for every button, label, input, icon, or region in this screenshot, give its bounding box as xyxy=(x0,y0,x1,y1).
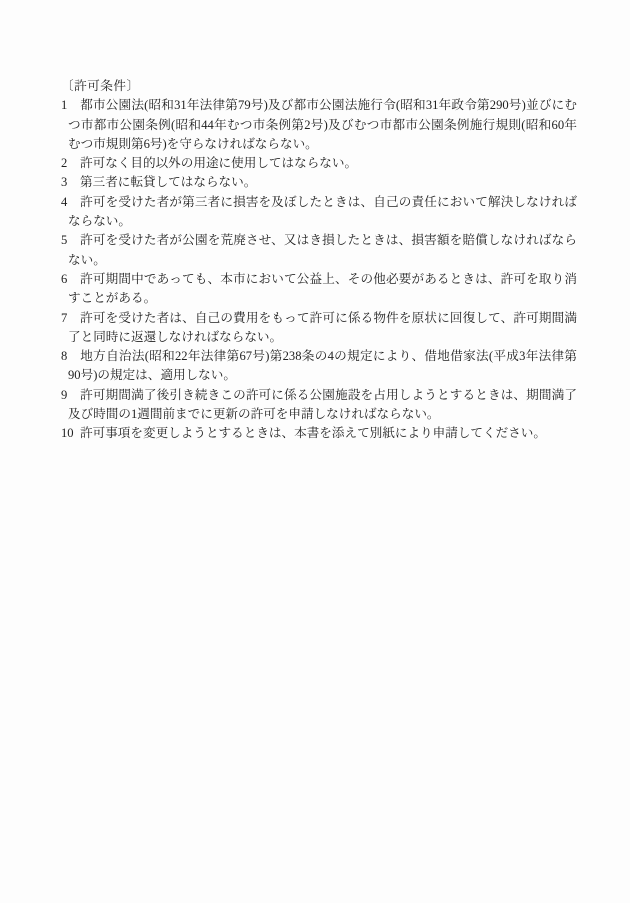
conditions-list: 1都市公園法(昭和31年法律第79号)及び都市公園法施行令(昭和31年政令第29… xyxy=(61,96,577,443)
condition-text: 許可期間中であっても、本市において公益上、その他必要があるときは、許可を取り消す… xyxy=(68,272,577,305)
condition-number: 7 xyxy=(61,309,80,328)
condition-item-4: 4許可を受けた者が第三者に損害を及ぼしたときは、自己の責任において解決しなければ… xyxy=(61,193,577,232)
condition-item-10: 10許可事項を変更しようとするときは、本書を添えて別紙により申請してください。 xyxy=(61,424,577,443)
condition-item-3: 3第三者に転貸してはならない。 xyxy=(61,173,577,192)
condition-text: 地方自治法(昭和22年法律第67号)第238条の4の規定により、借地借家法(平成… xyxy=(68,349,577,382)
condition-text: 都市公園法(昭和31年法律第79号)及び都市公園法施行令(昭和31年政令第290… xyxy=(68,98,577,151)
condition-text: 許可期間満了後引き続きこの許可に係る公園施設を占用しようとするときは、期間満了及… xyxy=(68,388,577,421)
condition-number: 1 xyxy=(61,96,80,115)
condition-number: 6 xyxy=(61,270,80,289)
document-page: 〔許可条件〕 1都市公園法(昭和31年法律第79号)及び都市公園法施行令(昭和3… xyxy=(0,0,630,903)
condition-text: 許可を受けた者は、自己の費用をもって許可に係る物件を原状に回復して、許可期間満了… xyxy=(68,311,577,344)
condition-item-7: 7許可を受けた者は、自己の費用をもって許可に係る物件を原状に回復して、許可期間満… xyxy=(61,309,577,348)
condition-number: 4 xyxy=(61,193,80,212)
condition-item-5: 5許可を受けた者が公園を荒廃させ、又はき損したときは、損害額を賠償しなければなら… xyxy=(61,231,577,270)
condition-number: 9 xyxy=(61,386,80,405)
condition-number: 8 xyxy=(61,347,80,366)
condition-text: 許可なく目的以外の用途に使用してはならない。 xyxy=(80,156,357,170)
condition-number: 5 xyxy=(61,231,80,250)
condition-number: 2 xyxy=(61,154,80,173)
condition-number: 10 xyxy=(61,424,80,443)
condition-item-8: 8地方自治法(昭和22年法律第67号)第238条の4の規定により、借地借家法(平… xyxy=(61,347,577,386)
condition-text: 許可事項を変更しようとするときは、本書を添えて別紙により申請してください。 xyxy=(80,426,546,440)
condition-item-6: 6許可期間中であっても、本市において公益上、その他必要があるときは、許可を取り消… xyxy=(61,270,577,309)
condition-text: 許可を受けた者が公園を荒廃させ、又はき損したときは、損害額を賠償しなければならな… xyxy=(68,233,577,266)
condition-text: 第三者に転貸してはならない。 xyxy=(80,175,256,189)
condition-text: 許可を受けた者が第三者に損害を及ぼしたときは、自己の責任において解決しなければな… xyxy=(68,195,577,228)
condition-item-1: 1都市公園法(昭和31年法律第79号)及び都市公園法施行令(昭和31年政令第29… xyxy=(61,96,577,154)
condition-number: 3 xyxy=(61,173,80,192)
condition-item-9: 9許可期間満了後引き続きこの許可に係る公園施設を占用しようとするときは、期間満了… xyxy=(61,386,577,425)
conditions-heading: 〔許可条件〕 xyxy=(61,77,577,96)
condition-item-2: 2許可なく目的以外の用途に使用してはならない。 xyxy=(61,154,577,173)
